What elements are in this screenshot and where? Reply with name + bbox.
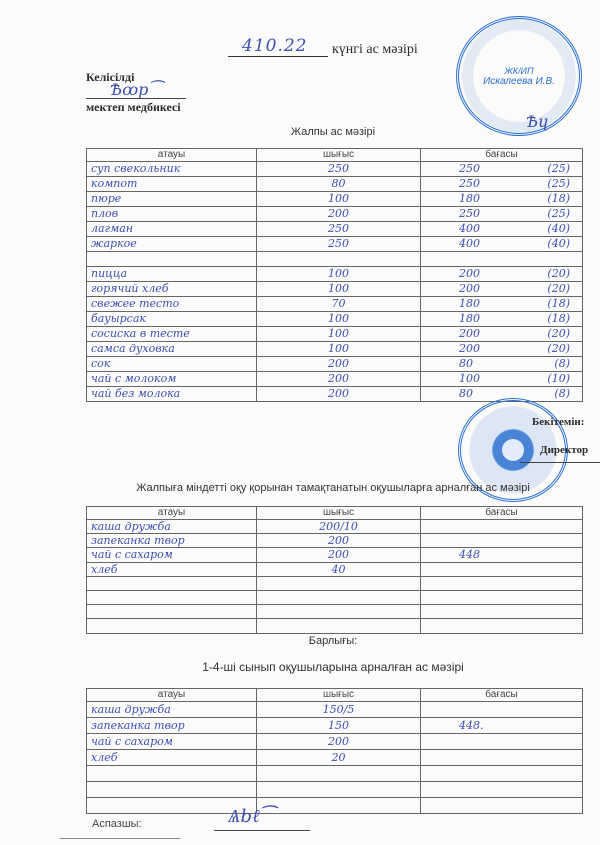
table-row: сосиска в тесте100200(20) — [87, 326, 583, 341]
item-price-cell — [421, 798, 583, 814]
item-price: 180 — [459, 297, 480, 311]
item-price: 80 — [459, 357, 473, 371]
item-price-cell — [421, 252, 583, 267]
table-header-row: атауы шығыс бағасы — [87, 149, 583, 162]
item-output: 100 — [257, 326, 421, 341]
column-header-name: атауы — [87, 149, 257, 162]
item-price-cell: 250(25) — [421, 207, 583, 222]
item-output: 200 — [257, 356, 421, 371]
table-row — [87, 576, 583, 590]
item-output: 100 — [257, 281, 421, 296]
item-name: чай с сахаром — [87, 734, 257, 750]
table-row — [87, 605, 583, 619]
table-row: запеканка твор200 — [87, 534, 583, 548]
item-price: 100 — [459, 372, 480, 386]
table-row: чай с сахаром200 — [87, 734, 583, 750]
item-output — [257, 252, 421, 267]
table-row — [87, 619, 583, 633]
item-name: запеканка твор — [87, 534, 257, 548]
item-output: 200 — [257, 548, 421, 562]
item-price-cell: 200(20) — [421, 341, 583, 356]
stamp-name: Искалеева И.В. — [483, 76, 555, 87]
item-name — [87, 766, 257, 782]
table-row: самса духовка100200(20) — [87, 341, 583, 356]
item-output — [257, 782, 421, 798]
item-price-note: (40) — [547, 237, 570, 251]
approved-label: Бекітемін: — [532, 416, 584, 428]
item-name: хлеб — [87, 750, 257, 766]
table-row: каша дружба150/5 — [87, 702, 583, 718]
emblem-icon — [502, 439, 524, 461]
column-header-output: шығыс — [257, 689, 421, 702]
item-name — [87, 252, 257, 267]
item-output: 150 — [257, 718, 421, 734]
item-name: запеканка твор — [87, 718, 257, 734]
item-name: свежее тесто — [87, 296, 257, 311]
item-price: 200 — [459, 282, 480, 296]
column-header-output: шығыс — [257, 507, 421, 520]
item-price-cell — [421, 750, 583, 766]
item-name: бауырсак — [87, 311, 257, 326]
page-title: күнгі ас мәзірі — [332, 42, 418, 58]
column-header-price: бағасы — [421, 689, 583, 702]
item-price-cell: 448. — [421, 718, 583, 734]
item-output: 70 — [257, 296, 421, 311]
item-output: 200 — [257, 371, 421, 386]
item-price-cell: 448 — [421, 548, 583, 562]
item-price-cell: 400(40) — [421, 222, 583, 237]
signature-line — [520, 462, 600, 463]
date-handwritten: 410.22 — [242, 36, 307, 56]
table-header-row: атауы шығыс бағасы — [87, 507, 583, 520]
item-name — [87, 576, 257, 590]
column-header-price: бағасы — [421, 149, 583, 162]
grade-1-4-menu-table: атауы шығыс бағасы каша дружба150/5запек… — [86, 688, 583, 814]
item-output: 100 — [257, 311, 421, 326]
item-price-note: (20) — [547, 342, 570, 356]
item-price-cell: 250(25) — [421, 177, 583, 192]
item-price: 180 — [459, 192, 480, 206]
item-name: хлеб — [87, 562, 257, 576]
item-price-cell: 200(20) — [421, 326, 583, 341]
table-row: плов200250(25) — [87, 207, 583, 222]
item-name: суп свекольник — [87, 162, 257, 177]
table-row — [87, 252, 583, 267]
date-field: 410.22 — [228, 36, 328, 57]
item-name: компот — [87, 177, 257, 192]
table-row — [87, 798, 583, 814]
item-output: 200 — [257, 207, 421, 222]
table-row: чай с сахаром200448 — [87, 548, 583, 562]
item-output: 100 — [257, 266, 421, 281]
item-name: чай с молоком — [87, 371, 257, 386]
item-price-note: (8) — [554, 357, 570, 371]
general-menu-table: атауы шығыс бағасы суп свекольник250250(… — [86, 148, 583, 402]
item-price: 400 — [459, 222, 480, 236]
item-price-cell: 180(18) — [421, 192, 583, 207]
item-output — [257, 605, 421, 619]
column-header-name: атауы — [87, 689, 257, 702]
item-output: 200 — [257, 734, 421, 750]
item-output — [257, 798, 421, 814]
item-output — [257, 766, 421, 782]
item-price-note: (20) — [547, 282, 570, 296]
table-header-row: атауы шығыс бағасы — [87, 689, 583, 702]
item-price-cell: 180(18) — [421, 296, 583, 311]
item-price: 400 — [459, 237, 480, 251]
director-label: Директор — [540, 444, 588, 456]
item-output: 200 — [257, 534, 421, 548]
table-row — [87, 782, 583, 798]
total-label: Барлығы: — [86, 635, 580, 647]
item-price-cell — [421, 619, 583, 633]
item-price-cell — [421, 562, 583, 576]
table-row: сок20080(8) — [87, 356, 583, 371]
signature-line — [214, 830, 310, 831]
item-output: 20 — [257, 750, 421, 766]
item-price: 448. — [459, 719, 484, 732]
item-output: 100 — [257, 341, 421, 356]
item-name — [87, 590, 257, 604]
table-row: пюре100180(18) — [87, 192, 583, 207]
divider — [60, 838, 180, 839]
cook-label: Аспазшы: — [92, 818, 142, 830]
item-price-cell: 400(40) — [421, 237, 583, 252]
signature-line — [86, 98, 186, 99]
item-price-cell: 200(20) — [421, 266, 583, 281]
item-output — [257, 590, 421, 604]
table-row — [87, 766, 583, 782]
item-name: пюре — [87, 192, 257, 207]
item-price-cell: 250(25) — [421, 162, 583, 177]
item-name: чай с сахаром — [87, 548, 257, 562]
table-row: хлеб20 — [87, 750, 583, 766]
table-row: хлеб40 — [87, 562, 583, 576]
table-row: пицца100200(20) — [87, 266, 583, 281]
item-price-note: (18) — [547, 297, 570, 311]
item-price: 80 — [459, 387, 473, 401]
table-row: бауырсак100180(18) — [87, 311, 583, 326]
item-price-cell — [421, 520, 583, 534]
table-row: чай с молоком200100(10) — [87, 371, 583, 386]
item-name: каша дружба — [87, 702, 257, 718]
item-price-cell — [421, 590, 583, 604]
table-row: запеканка твор150448. — [87, 718, 583, 734]
item-price-note: (25) — [547, 177, 570, 191]
item-output: 200/10 — [257, 520, 421, 534]
item-name: сосиска в тесте — [87, 326, 257, 341]
item-name — [87, 605, 257, 619]
section-title-grade-1-4-menu: 1-4-ші сынып оқушыларына арналған ас мәз… — [86, 660, 580, 674]
column-header-name: атауы — [87, 507, 257, 520]
item-price-note: (20) — [547, 267, 570, 281]
item-output — [257, 576, 421, 590]
table-row: компот80250(25) — [87, 177, 583, 192]
item-price: 250 — [459, 207, 480, 221]
item-price-cell: 80(8) — [421, 356, 583, 371]
table-row: суп свекольник250250(25) — [87, 162, 583, 177]
table-row: горячий хлеб100200(20) — [87, 281, 583, 296]
item-name: чай без молока — [87, 386, 257, 401]
column-header-price: бағасы — [421, 507, 583, 520]
table-row — [87, 590, 583, 604]
item-name: самса духовка — [87, 341, 257, 356]
item-output: 40 — [257, 562, 421, 576]
item-price: 200 — [459, 267, 480, 281]
item-price-cell — [421, 734, 583, 750]
table-row: свежее тесто70180(18) — [87, 296, 583, 311]
item-price-note: (10) — [547, 372, 570, 386]
item-price: 200 — [459, 342, 480, 356]
item-output: 100 — [257, 192, 421, 207]
item-price-cell: 180(18) — [421, 311, 583, 326]
item-name: пицца — [87, 266, 257, 281]
item-price-note: (40) — [547, 222, 570, 236]
item-price-cell: 100(10) — [421, 371, 583, 386]
item-price-note: (18) — [547, 192, 570, 206]
table-row: лагман250400(40) — [87, 222, 583, 237]
section-title-general-menu: Жалпы ас мәзірі — [86, 126, 580, 138]
item-price-note: (25) — [547, 207, 570, 221]
item-name: каша дружба — [87, 520, 257, 534]
stamp-type: ЖК/ИП — [504, 66, 533, 76]
item-price-cell — [421, 605, 583, 619]
item-name — [87, 619, 257, 633]
nurse-role-label: мектеп медбикесі — [86, 100, 181, 115]
item-price-cell — [421, 534, 583, 548]
cook-signature: Ѧbℓ⁀ — [228, 806, 274, 827]
item-price-note: (18) — [547, 312, 570, 326]
section-title-free-meal-menu: Жалпыға міндетті оқу қорынан тамақтанаты… — [86, 482, 580, 494]
item-output — [257, 619, 421, 633]
item-output: 80 — [257, 177, 421, 192]
item-price-cell — [421, 702, 583, 718]
item-output: 250 — [257, 237, 421, 252]
item-output: 250 — [257, 162, 421, 177]
item-price: 180 — [459, 312, 480, 326]
item-price: 200 — [459, 327, 480, 341]
item-name: жаркое — [87, 237, 257, 252]
item-output: 250 — [257, 222, 421, 237]
item-name: лагман — [87, 222, 257, 237]
free-meal-menu-table: атауы шығыс бағасы каша дружба200/10запе… — [86, 506, 583, 634]
nurse-signature: Ѣꝏр⁀ — [110, 80, 161, 99]
item-price-cell — [421, 766, 583, 782]
item-name — [87, 782, 257, 798]
item-output: 200 — [257, 386, 421, 401]
item-name: сок — [87, 356, 257, 371]
column-header-output: шығыс — [257, 149, 421, 162]
item-price-cell — [421, 782, 583, 798]
table-row: жаркое250400(40) — [87, 237, 583, 252]
table-row: каша дружба200/10 — [87, 520, 583, 534]
item-name: плов — [87, 207, 257, 222]
item-price: 448 — [459, 548, 480, 561]
item-price-cell: 200(20) — [421, 281, 583, 296]
seal-stamp-icon: ЖК/ИП Искалеева И.В. — [456, 16, 582, 136]
item-price-note: (20) — [547, 327, 570, 341]
item-name: горячий хлеб — [87, 281, 257, 296]
item-price: 250 — [459, 177, 480, 191]
item-price: 250 — [459, 162, 480, 176]
item-price-cell — [421, 576, 583, 590]
item-price-note: (8) — [554, 387, 570, 401]
item-price-note: (25) — [547, 162, 570, 176]
item-output: 150/5 — [257, 702, 421, 718]
